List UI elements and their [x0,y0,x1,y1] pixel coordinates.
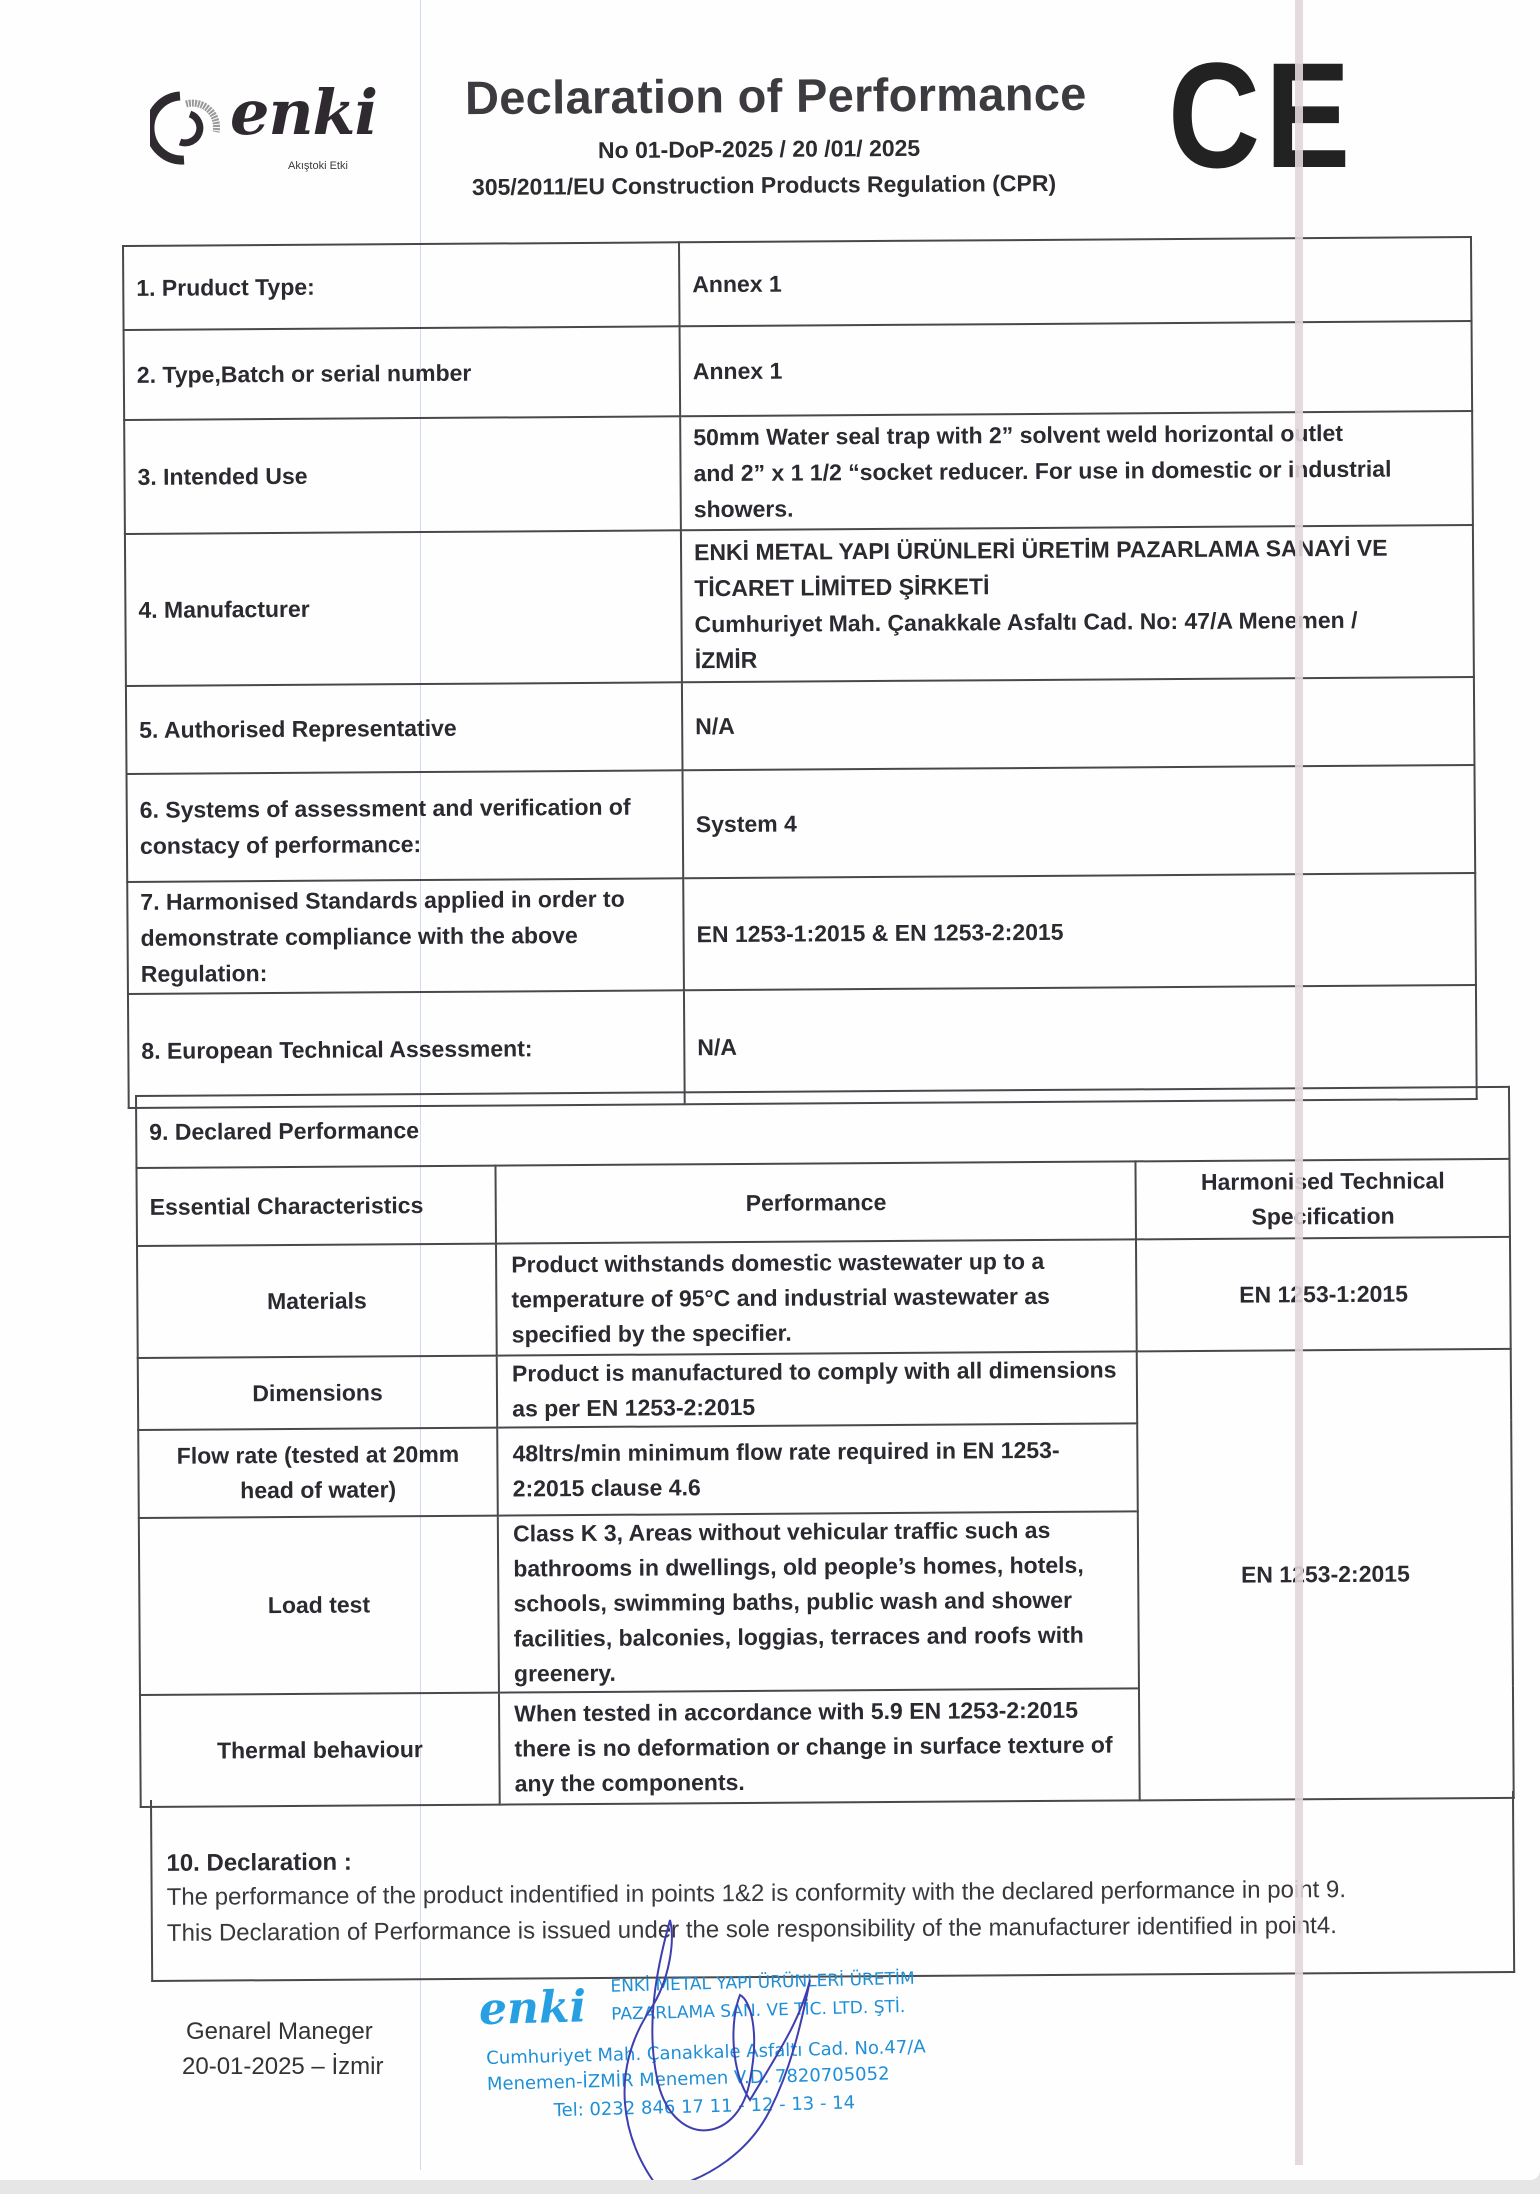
spec-cell: EN 1253-1:2015 [1136,1237,1510,1351]
stamp-logo: enki [478,1981,586,2035]
row-label: 4. Manufacturer [125,530,682,686]
characteristic-cell: Thermal behaviour [140,1693,500,1807]
characteristic-cell: Materials [137,1244,497,1358]
page-title: Declaration of Performance [465,66,1087,125]
column-headers: Essential Characteristics Performance Ha… [136,1159,1509,1246]
table-row: 7. Harmonised Standards applied in order… [127,873,1476,994]
table-row: Dimensions Product is manufactured to co… [138,1349,1511,1430]
characteristic-cell: Load test [139,1516,499,1695]
performance-cell: 48ltrs/min minimum flow rate required in… [497,1423,1138,1515]
row-value: 50mm Water seal trap with 2” solvent wel… [680,411,1473,530]
signature-date-place: 20-01-2025 – İzmir [182,2053,383,2081]
row-value: N/A [682,677,1475,770]
column-header: Performance [496,1161,1137,1243]
section-9-title: 9. Declared Performance [136,1087,1509,1168]
row-value: Annex 1 [679,237,1472,326]
signatory-role: Genarel Maneger [186,2018,373,2046]
row-label: 3. Intended Use [124,416,681,534]
logo-wordmark: enki [230,76,377,149]
product-info-table: 1. Pruduct Type: Annex 1 2. Type,Batch o… [122,236,1478,1109]
table-row: Materials Product withstands domestic wa… [137,1237,1511,1358]
scan-artifact-line [1295,0,1303,2165]
table-row: 4. Manufacturer ENKİ METAL YAPI ÜRÜNLERİ… [125,525,1474,686]
row-value: ENKİ METAL YAPI ÜRÜNLERİ ÜRETİM PAZARLAM… [681,525,1474,682]
declaration-title: 10. Declaration : [166,1849,352,1878]
declared-performance-table: 9. Declared Performance Essential Charac… [135,1086,1515,1808]
performance-cell: Product is manufactured to comply with a… [497,1351,1138,1427]
row-label: 5. Authorised Representative [126,682,683,774]
table-row: 2. Type,Batch or serial number Annex 1 [124,321,1473,420]
row-label: 8. European Technical Assessment: [128,990,685,1108]
section-9-header: 9. Declared Performance [136,1087,1509,1168]
row-label: 1. Pruduct Type: [123,242,680,330]
row-label: 6. Systems of assessment and verificatio… [127,770,684,882]
row-value: System 4 [682,765,1475,878]
spec-cell: EN 1253-2:2015 [1137,1349,1514,1800]
row-label: 2. Type,Batch or serial number [124,326,681,420]
document-page: enki Akıştoki Etki Declaration of Perfor… [0,0,1540,2180]
regulation-reference: 305/2011/EU Construction Products Regula… [472,170,1056,201]
table-row: 3. Intended Use 50mm Water seal trap wit… [124,411,1473,534]
column-header: Essential Characteristics [136,1166,496,1246]
handwritten-signature-icon [600,1900,860,2180]
performance-cell: Class K 3, Areas without vehicular traff… [498,1511,1139,1692]
logo-tagline: Akıştoki Etki [288,160,348,172]
characteristic-cell: Dimensions [138,1356,498,1430]
column-header: Harmonised Technical Specification [1136,1159,1510,1239]
row-label: 7. Harmonised Standards applied in order… [127,878,684,994]
row-value: Annex 1 [680,321,1473,416]
table-row: 1. Pruduct Type: Annex 1 [123,237,1472,330]
table-row: 6. Systems of assessment and verificatio… [127,765,1476,882]
characteristic-cell: Flow rate (tested at 20mm head of water) [138,1428,498,1518]
performance-cell: Product withstands domestic wastewater u… [496,1239,1137,1355]
ce-mark-icon: CE [1168,40,1355,190]
table-row: 5. Authorised Representative N/A [126,677,1475,774]
enki-logo: enki Akıştoki Etki [150,88,380,178]
enki-swirl-logo-icon [150,88,230,168]
performance-cell: When tested in accordance with 5.9 EN 12… [499,1688,1140,1804]
row-value: EN 1253-1:2015 & EN 1253-2:2015 [683,873,1476,990]
document-number: No 01-DoP-2025 / 20 /01/ 2025 [598,135,920,164]
